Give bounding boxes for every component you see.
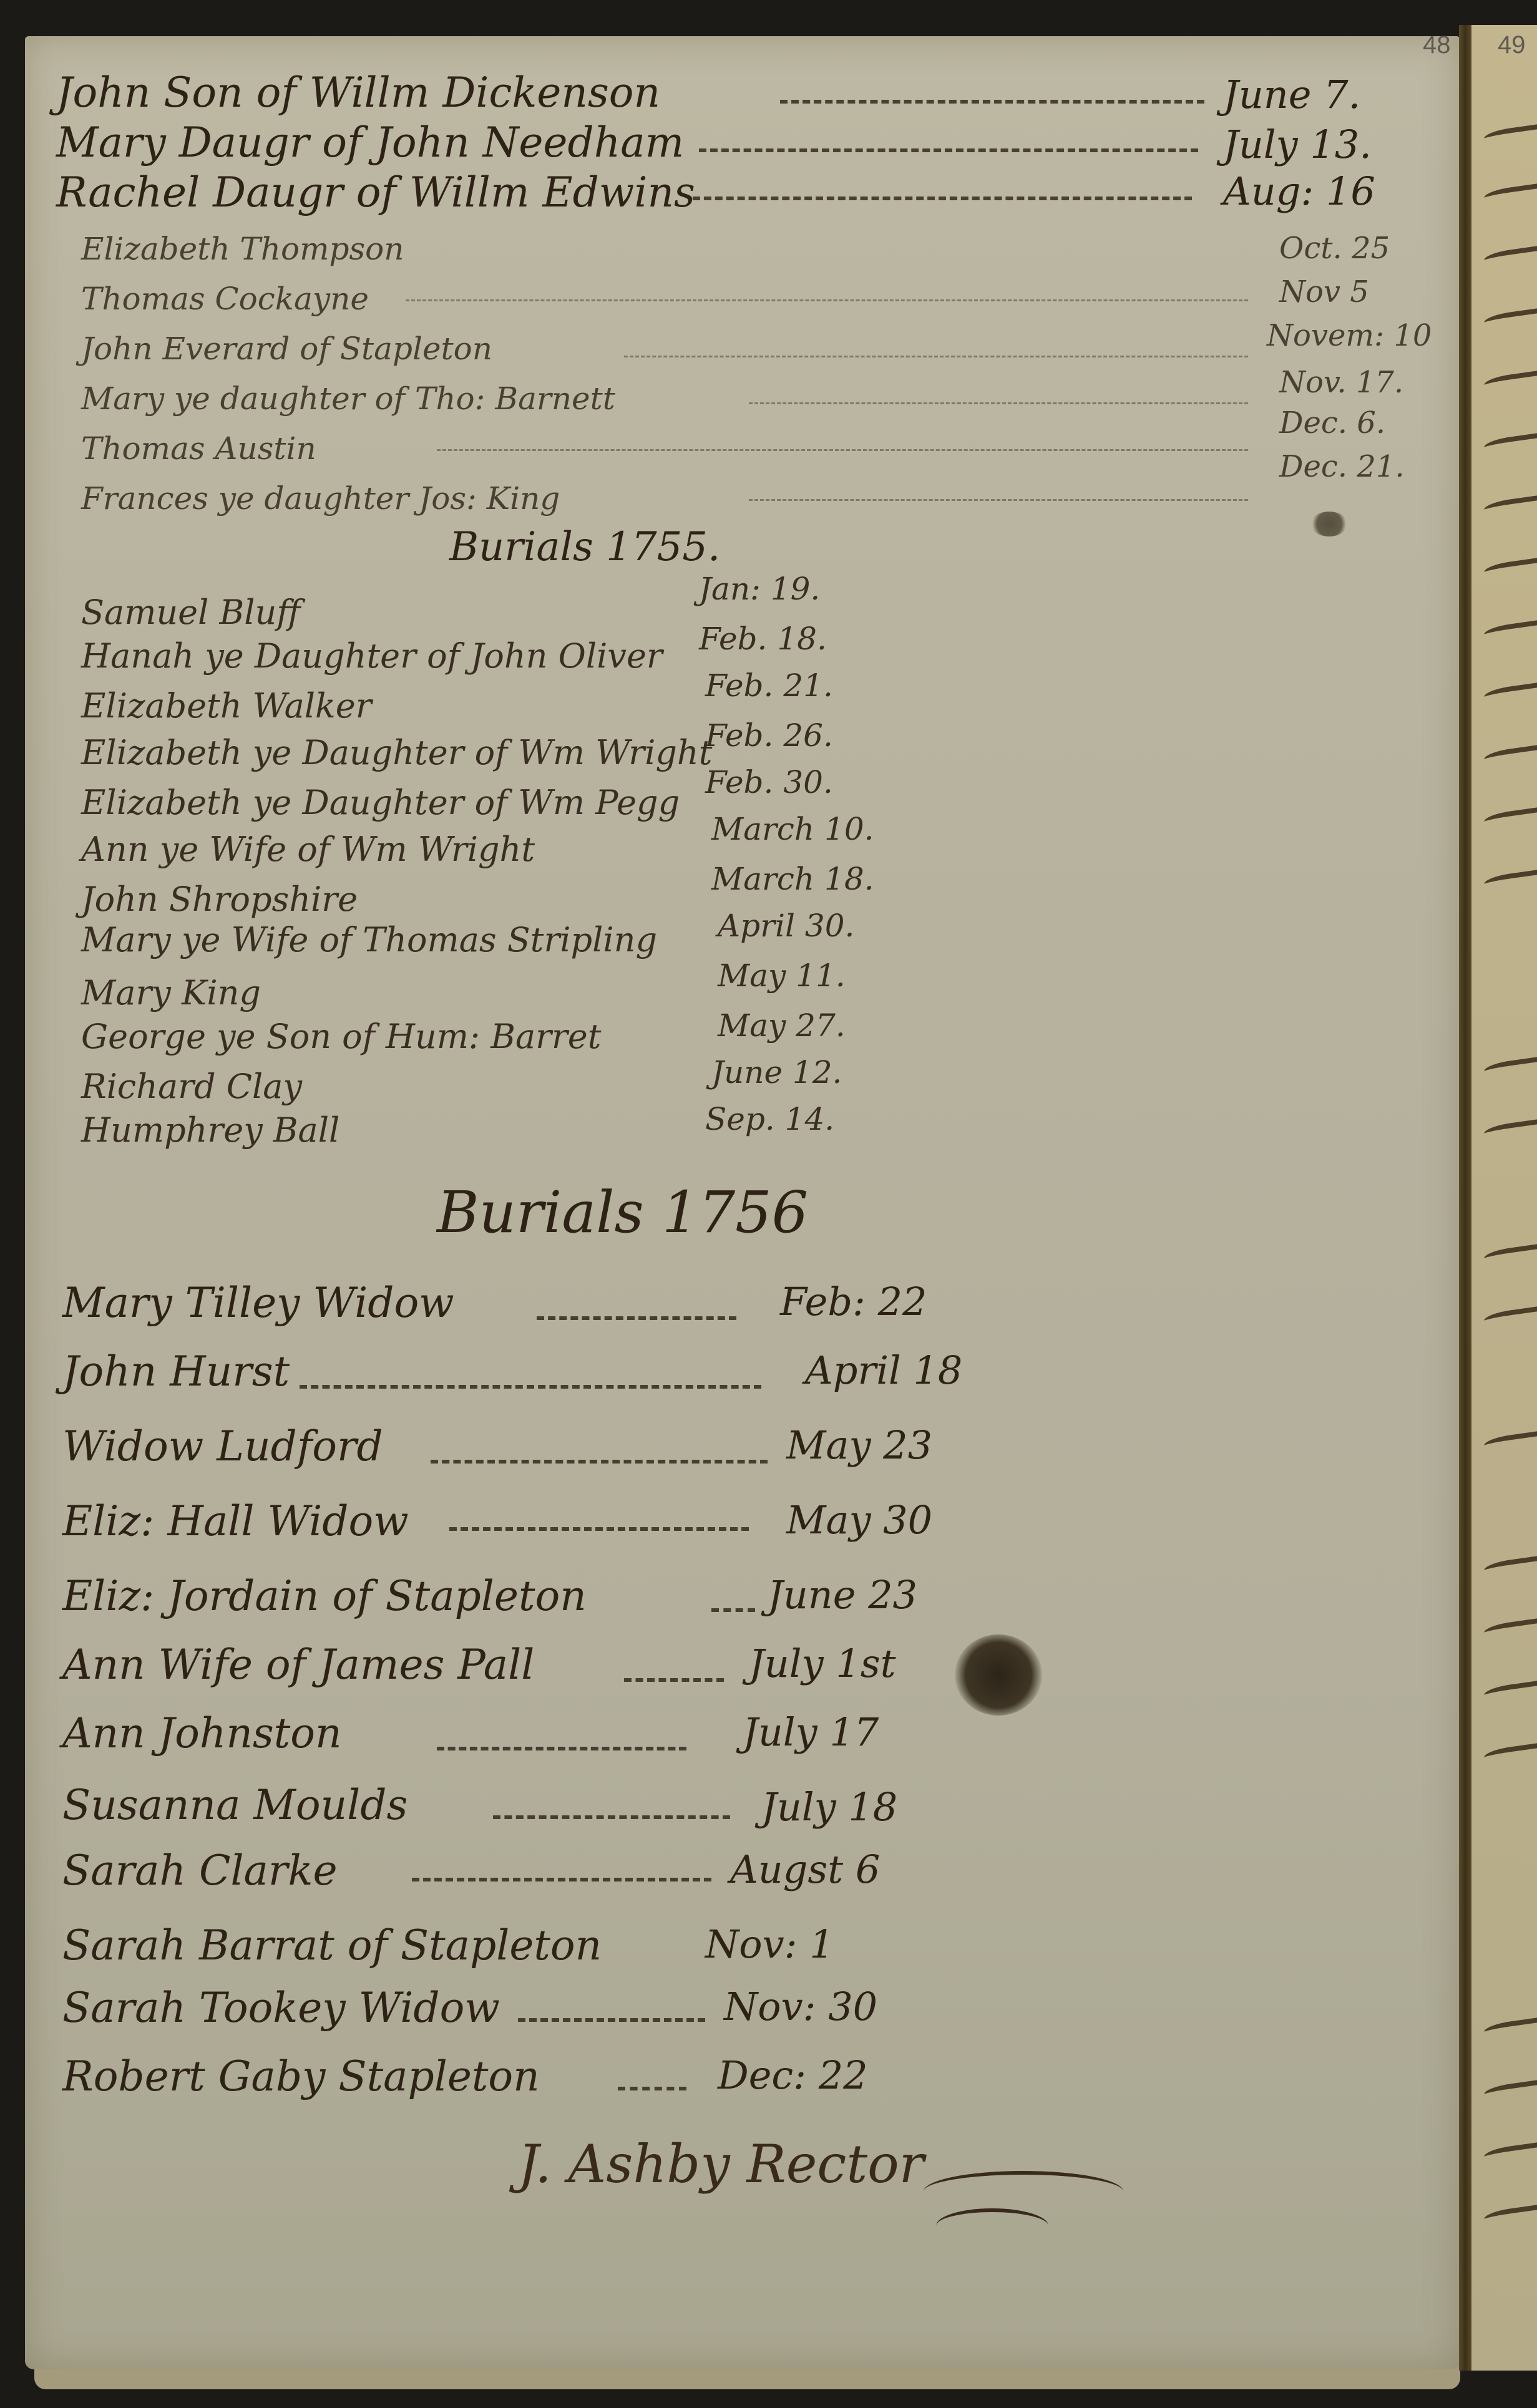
entry-name: Widow Ludford: [62, 1422, 383, 1470]
entry-name: Mary King: [81, 973, 261, 1012]
signature-flourish: [936, 2208, 1048, 2243]
entry-name: John Shropshire: [81, 880, 358, 919]
entry-name: Elizabeth ye Daughter of Wm Pegg: [81, 783, 680, 822]
entry-date: Dec. 6.: [1279, 405, 1385, 440]
dash-leader: [437, 1747, 686, 1750]
dash-leader: [449, 1527, 749, 1531]
entry-date: May 27.: [718, 1007, 846, 1044]
entry-name: Sarah Barrat of Stapleton: [62, 1921, 602, 1969]
rector-signature: J. Ashby Rector: [518, 2134, 924, 2195]
dash-leader: [711, 1608, 755, 1612]
section-heading: Burials 1755.: [449, 524, 720, 570]
dash-leader: [412, 1878, 711, 1881]
dash-leader: [618, 2087, 686, 2090]
entry-date: June 7.: [1223, 72, 1360, 117]
entry-name: Richard Clay: [81, 1067, 302, 1106]
entry-name: Ann Wife of James Pall: [62, 1641, 534, 1689]
entry-date: Novem: 10: [1267, 318, 1432, 353]
entry-date: Nov. 17.: [1279, 365, 1403, 400]
entry-date: Dec. 21.: [1279, 449, 1405, 484]
facing-page: [1471, 25, 1537, 2371]
ink-blot: [1310, 512, 1348, 536]
entry-date: July 1st: [749, 1641, 896, 1686]
folio-number-left: 48: [1423, 31, 1451, 59]
ink-blot: [955, 1634, 1042, 1716]
entry-date: April 18: [805, 1347, 962, 1393]
entry-date: Augst 6: [730, 1847, 880, 1892]
dash-leader: [693, 197, 1192, 200]
dash-leader: [749, 402, 1248, 404]
entry-name: Mary Daugr of John Needham: [56, 119, 684, 167]
entry-name: Humphrey Ball: [81, 1110, 339, 1150]
entry-date: Jan: 19.: [699, 571, 820, 607]
entry-name: Elizabeth Thompson: [81, 231, 404, 267]
entry-date: Feb. 30.: [705, 764, 833, 800]
entry-date: Oct. 25: [1279, 231, 1390, 266]
dash-leader: [537, 1316, 736, 1320]
entry-date: March 10.: [711, 811, 874, 847]
dash-leader: [437, 449, 1248, 451]
entry-name: Ann ye Wife of Wm Wright: [81, 830, 535, 869]
section-heading: Burials 1756: [437, 1179, 808, 1246]
entry-date: Nov: 1: [705, 1921, 834, 1967]
entry-name: Samuel Bluff: [81, 593, 301, 632]
dash-leader: [300, 1385, 761, 1389]
entry-name: Frances ye daughter Jos: King: [81, 480, 560, 517]
entry-name: Mary ye Wife of Thomas Stripling: [81, 920, 657, 959]
entry-name: Sarah Clarke: [62, 1847, 338, 1895]
dash-leader: [431, 1460, 768, 1464]
entry-date: Feb: 22: [780, 1279, 927, 1324]
entry-date: June 23: [768, 1572, 917, 1618]
entry-name: John Son of Willm Dickenson: [56, 69, 660, 117]
entry-date: May 30: [786, 1497, 932, 1543]
entry-date: Sep. 14.: [705, 1101, 834, 1137]
book-gutter: [1459, 25, 1471, 2371]
folio-number-right: 49: [1498, 31, 1526, 59]
entry-name: Elizabeth ye Daughter of Wm Wright: [81, 733, 712, 772]
dash-leader: [749, 499, 1248, 501]
entry-name: George ye Son of Hum: Barret: [81, 1017, 601, 1056]
entry-name: John Hurst: [62, 1347, 290, 1396]
entry-date: May 23: [786, 1422, 932, 1468]
entry-date: July 17: [743, 1709, 879, 1755]
entry-date: Feb. 18.: [699, 621, 827, 657]
entry-date: Aug: 16: [1223, 168, 1375, 214]
entry-name: Eliz: Hall Widow: [62, 1497, 409, 1545]
entry-date: Nov: 30: [724, 1984, 877, 2029]
entry-date: March 18.: [711, 861, 874, 897]
entry-name: Mary ye daughter of Tho: Barnett: [81, 381, 615, 417]
entry-name: Thomas Austin: [81, 430, 316, 467]
dash-leader: [406, 299, 1248, 301]
entry-date: Feb. 21.: [705, 668, 833, 704]
dash-leader: [699, 148, 1198, 152]
dash-leader: [780, 100, 1204, 104]
dash-leader: [518, 2018, 705, 2022]
entry-name: Susanna Moulds: [62, 1781, 407, 1829]
dash-leader: [493, 1815, 730, 1819]
entry-name: Ann Johnston: [62, 1709, 342, 1757]
entry-date: Dec: 22: [718, 2052, 868, 2098]
entry-date: July 13.: [1223, 122, 1372, 167]
entry-name: John Everard of Stapleton: [81, 331, 492, 367]
dash-leader: [624, 1678, 724, 1682]
entry-date: April 30.: [718, 908, 854, 944]
entry-name: Robert Gaby Stapleton: [62, 2052, 540, 2100]
entry-date: June 12.: [711, 1054, 842, 1090]
signature-flourish: [924, 2171, 1123, 2212]
dash-leader: [624, 356, 1248, 357]
entry-name: Sarah Tookey Widow: [62, 1984, 500, 2032]
entry-date: Feb. 26.: [705, 717, 833, 754]
entry-date: July 18: [761, 1784, 897, 1830]
entry-name: Thomas Cockayne: [81, 281, 369, 317]
entry-name: Rachel Daugr of Willm Edwins: [56, 168, 695, 216]
entry-name: Mary Tilley Widow: [62, 1279, 454, 1327]
entry-date: May 11.: [718, 958, 846, 994]
entry-name: Elizabeth Walker: [81, 686, 372, 726]
entry-name: Eliz: Jordain of Stapleton: [62, 1572, 587, 1620]
entry-date: Nov 5: [1279, 274, 1369, 309]
entry-name: Hanah ye Daughter of John Oliver: [81, 636, 663, 676]
